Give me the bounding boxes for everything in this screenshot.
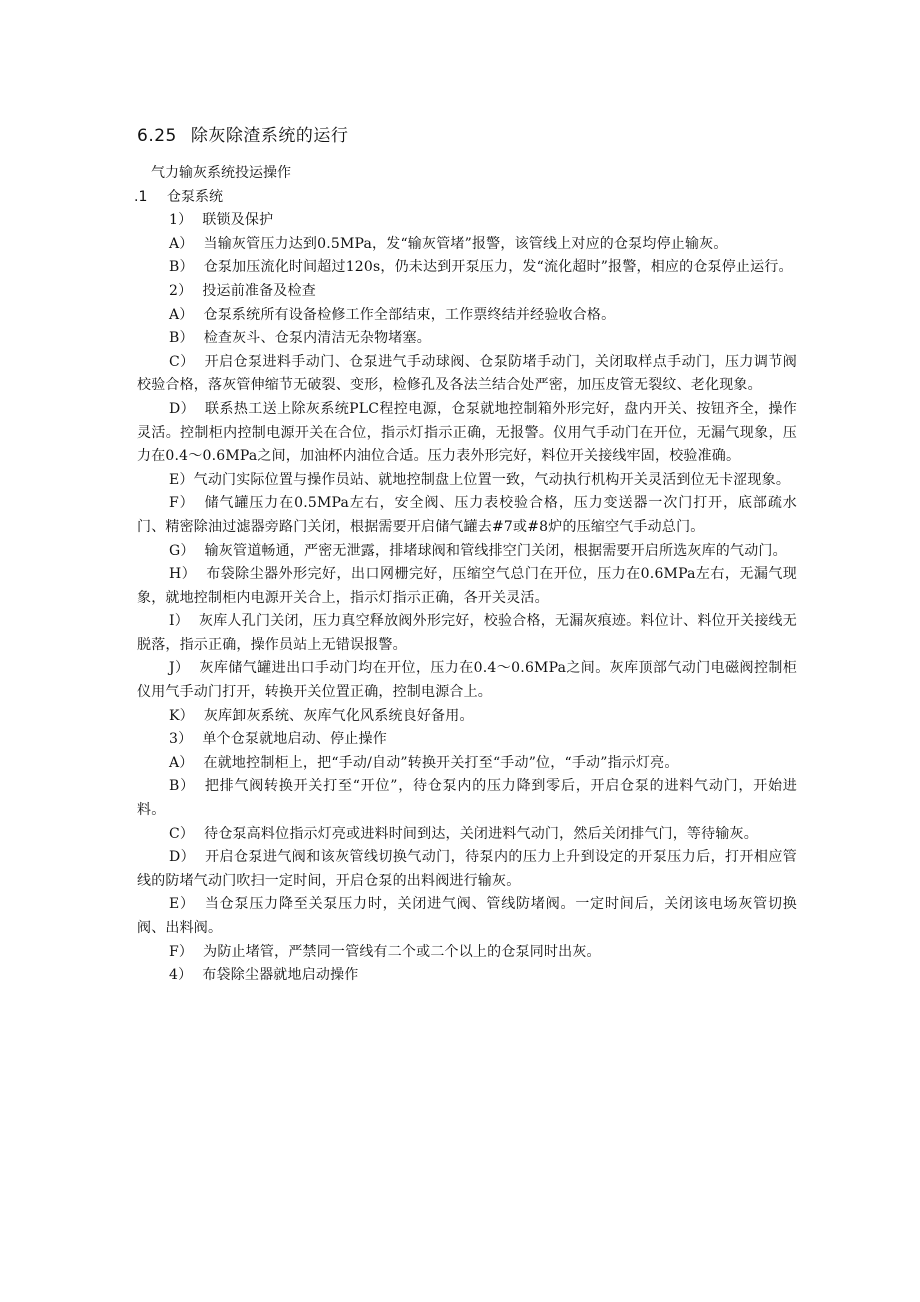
document-page: 6.25除灰除渣系统的运行 气力输灰系统投运操作 .1仓泵系统 1）联锁及保护A… — [137, 124, 797, 988]
paragraph-text: 仓泵系统所有设备检修工作全部结束，工作票终结并经验收合格。 — [204, 307, 616, 323]
paragraph: 2）投运前准备及检查 — [137, 280, 797, 304]
heading-number: 6.25 — [137, 126, 177, 146]
paragraph: G）输灰管道畅通，严密无泄露，排堵球阀和管线排空门关闭，根据需要开启所选灰库的气… — [137, 540, 797, 564]
paragraph-text: 输灰管道畅通，严密无泄露，排堵球阀和管线排空门关闭，根据需要开启所选灰库的气动门… — [205, 543, 787, 559]
paragraph: J）灰库储气罐进出口手动门均在开位，压力在0.4～0.6MPa之间。灰库顶部气动… — [137, 657, 797, 704]
paragraph-label: 4） — [169, 967, 192, 983]
paragraph: C）待仓泵高料位指示灯亮或进料时间到达，关闭进料气动门，然后关闭排气门，等待输灰… — [137, 823, 797, 847]
paragraph-text: 布袋除尘器外形完好，出口网栅完好，压缩空气总门在开位，压力在0.6MPa左右，无… — [137, 566, 797, 606]
paragraph-label: B） — [169, 778, 195, 794]
paragraph-label: 1） — [169, 212, 192, 228]
paragraph: A）仓泵系统所有设备检修工作全部结束，工作票终结并经验收合格。 — [137, 304, 797, 328]
paragraph: B）检查灰斗、仓泵内清洁无杂物堵塞。 — [137, 327, 797, 351]
paragraph-text: 储气罐压力在0.5MPa左右，安全阀、压力表校验合格，压力变送器一次门打开，底部… — [137, 495, 797, 535]
paragraph: B）把排气阀转换开关打至“开位”，待仓泵内的压力降到零后，开启仓泵的进料气动门，… — [137, 775, 797, 822]
paragraph-label: H） — [169, 566, 196, 582]
paragraph-text: 开启仓泵进料手动门、仓泵进气手动球阀、仓泵防堵手动门，关闭取样点手动门，压力调节… — [137, 354, 797, 394]
paragraph-label: A） — [169, 236, 194, 252]
paragraph-label: 3） — [169, 731, 192, 747]
subsection-heading: .1仓泵系统 — [134, 186, 797, 210]
paragraph: E）气动门实际位置与操作员站、就地控制盘上位置一致，气动执行机构开关灵活到位无卡… — [137, 469, 797, 493]
paragraph-label: A） — [169, 307, 194, 323]
paragraph-label: E） — [169, 896, 195, 912]
paragraph-label: C） — [169, 354, 195, 370]
paragraph-label: K） — [169, 708, 194, 724]
paragraph: E）当仓泵压力降至关泵压力时，关闭进气阀、管线防堵阀。一定时间后，关闭该电场灰管… — [137, 893, 797, 940]
paragraph-label: C） — [169, 826, 194, 842]
paragraph-label: B） — [169, 259, 194, 275]
paragraph: H）布袋除尘器外形完好，出口网栅完好，压缩空气总门在开位，压力在0.6MPa左右… — [137, 563, 797, 610]
paragraph-text: 联锁及保护 — [202, 212, 273, 228]
heading-text: 除灰除渣系统的运行 — [191, 126, 349, 146]
paragraph-text: 当仓泵压力降至关泵压力时，关闭进气阀、管线防堵阀。一定时间后，关闭该电场灰管切换… — [137, 896, 797, 936]
paragraph: C）开启仓泵进料手动门、仓泵进气手动球阀、仓泵防堵手动门，关闭取样点手动门，压力… — [137, 351, 797, 398]
paragraph-label: G） — [169, 543, 195, 559]
paragraph-text: 开启仓泵进气阀和该灰管线切换气动门，待泵内的压力上升到设定的开泵压力后，打开相应… — [137, 849, 797, 889]
paragraph-text: 投运前准备及检查 — [202, 283, 316, 299]
paragraph-text: 待仓泵高料位指示灯亮或进料时间到达，关闭进料气动门，然后关闭排气门，等待输灰。 — [204, 826, 758, 842]
paragraph-text: 布袋除尘器就地启动操作 — [202, 967, 358, 983]
paragraph-label: D） — [169, 401, 195, 417]
paragraph-label: F） — [169, 944, 193, 960]
paragraph-text: 把排气阀转换开关打至“开位”，待仓泵内的压力降到零后，开启仓泵的进料气动门，开始… — [137, 778, 797, 818]
paragraph-text: 当输灰管压力达到0.5MPa，发“输灰管堵”报警，该管线上对应的仓泵均停止输灰。 — [204, 236, 728, 252]
paragraph-text: 仓泵加压流化时间超过120s，仍未达到开泵压力，发“流化超时”报警，相应的仓泵停… — [204, 259, 793, 275]
paragraph-label: B） — [169, 330, 194, 346]
paragraph-text: 灰库人孔门关闭，压力真空释放阀外形完好，校验合格，无漏灰痕迹。料位计、料位开关接… — [137, 613, 797, 653]
paragraph: F）为防止堵管，严禁同一管线有二个或二个以上的仓泵同时出灰。 — [137, 941, 797, 965]
paragraph-text: 为防止堵管，严禁同一管线有二个或二个以上的仓泵同时出灰。 — [203, 944, 601, 960]
paragraph: D）开启仓泵进气阀和该灰管线切换气动门，待泵内的压力上升到设定的开泵压力后，打开… — [137, 846, 797, 893]
subsection-number: .1 — [134, 186, 167, 210]
paragraph-text: 检查灰斗、仓泵内清洁无杂物堵塞。 — [204, 330, 431, 346]
paragraph-label: J） — [169, 660, 189, 676]
subsection-text: 仓泵系统 — [167, 189, 223, 205]
paragraph: A）在就地控制柜上，把“手动/自动”转换开关打至“手动”位，“手动”指示灯亮。 — [137, 752, 797, 776]
paragraph: 1）联锁及保护 — [137, 209, 797, 233]
paragraph-label: D） — [169, 849, 195, 865]
paragraph: B）仓泵加压流化时间超过120s，仍未达到开泵压力，发“流化超时”报警，相应的仓… — [137, 256, 797, 280]
paragraph: 4）布袋除尘器就地启动操作 — [137, 964, 797, 988]
paragraph: D）联系热工送上除灰系统PLC程控电源，仓泵就地控制箱外形完好，盘内开关、按钮齐… — [137, 398, 797, 469]
paragraph-text: 联系热工送上除灰系统PLC程控电源，仓泵就地控制箱外形完好，盘内开关、按钮齐全，… — [137, 401, 797, 464]
paragraph-list: 1）联锁及保护A）当输灰管压力达到0.5MPa，发“输灰管堵”报警，该管线上对应… — [137, 209, 797, 988]
paragraph: I）灰库人孔门关闭，压力真空释放阀外形完好，校验合格，无漏灰痕迹。料位计、料位开… — [137, 610, 797, 657]
paragraph: 3）单个仓泵就地启动、停止操作 — [137, 728, 797, 752]
paragraph-label: F） — [169, 495, 195, 511]
paragraph: F）储气罐压力在0.5MPa左右，安全阀、压力表校验合格，压力变送器一次门打开，… — [137, 492, 797, 539]
paragraph-text: 灰库卸灰系统、灰库气化风系统良好备用。 — [204, 708, 474, 724]
paragraph-text: 在就地控制柜上，把“手动/自动”转换开关打至“手动”位，“手动”指示灯亮。 — [204, 755, 679, 771]
paragraph-text: 气动门实际位置与操作员站、就地控制盘上位置一致，气动执行机构开关灵活到位无卡涩现… — [194, 472, 790, 488]
subsection-title: 气力输灰系统投运操作 — [137, 162, 797, 186]
paragraph-label: A） — [169, 755, 194, 771]
section-heading: 6.25除灰除渣系统的运行 — [137, 124, 797, 148]
paragraph-label: I） — [169, 613, 189, 629]
paragraph-text: 灰库储气罐进出口手动门均在开位，压力在0.4～0.6MPa之间。灰库顶部气动门电… — [137, 660, 797, 700]
paragraph: K）灰库卸灰系统、灰库气化风系统良好备用。 — [137, 705, 797, 729]
paragraph-text: 单个仓泵就地启动、停止操作 — [202, 731, 387, 747]
paragraph-label: 2） — [169, 283, 192, 299]
paragraph-label: E） — [169, 472, 194, 488]
paragraph: A）当输灰管压力达到0.5MPa，发“输灰管堵”报警，该管线上对应的仓泵均停止输… — [137, 233, 797, 257]
